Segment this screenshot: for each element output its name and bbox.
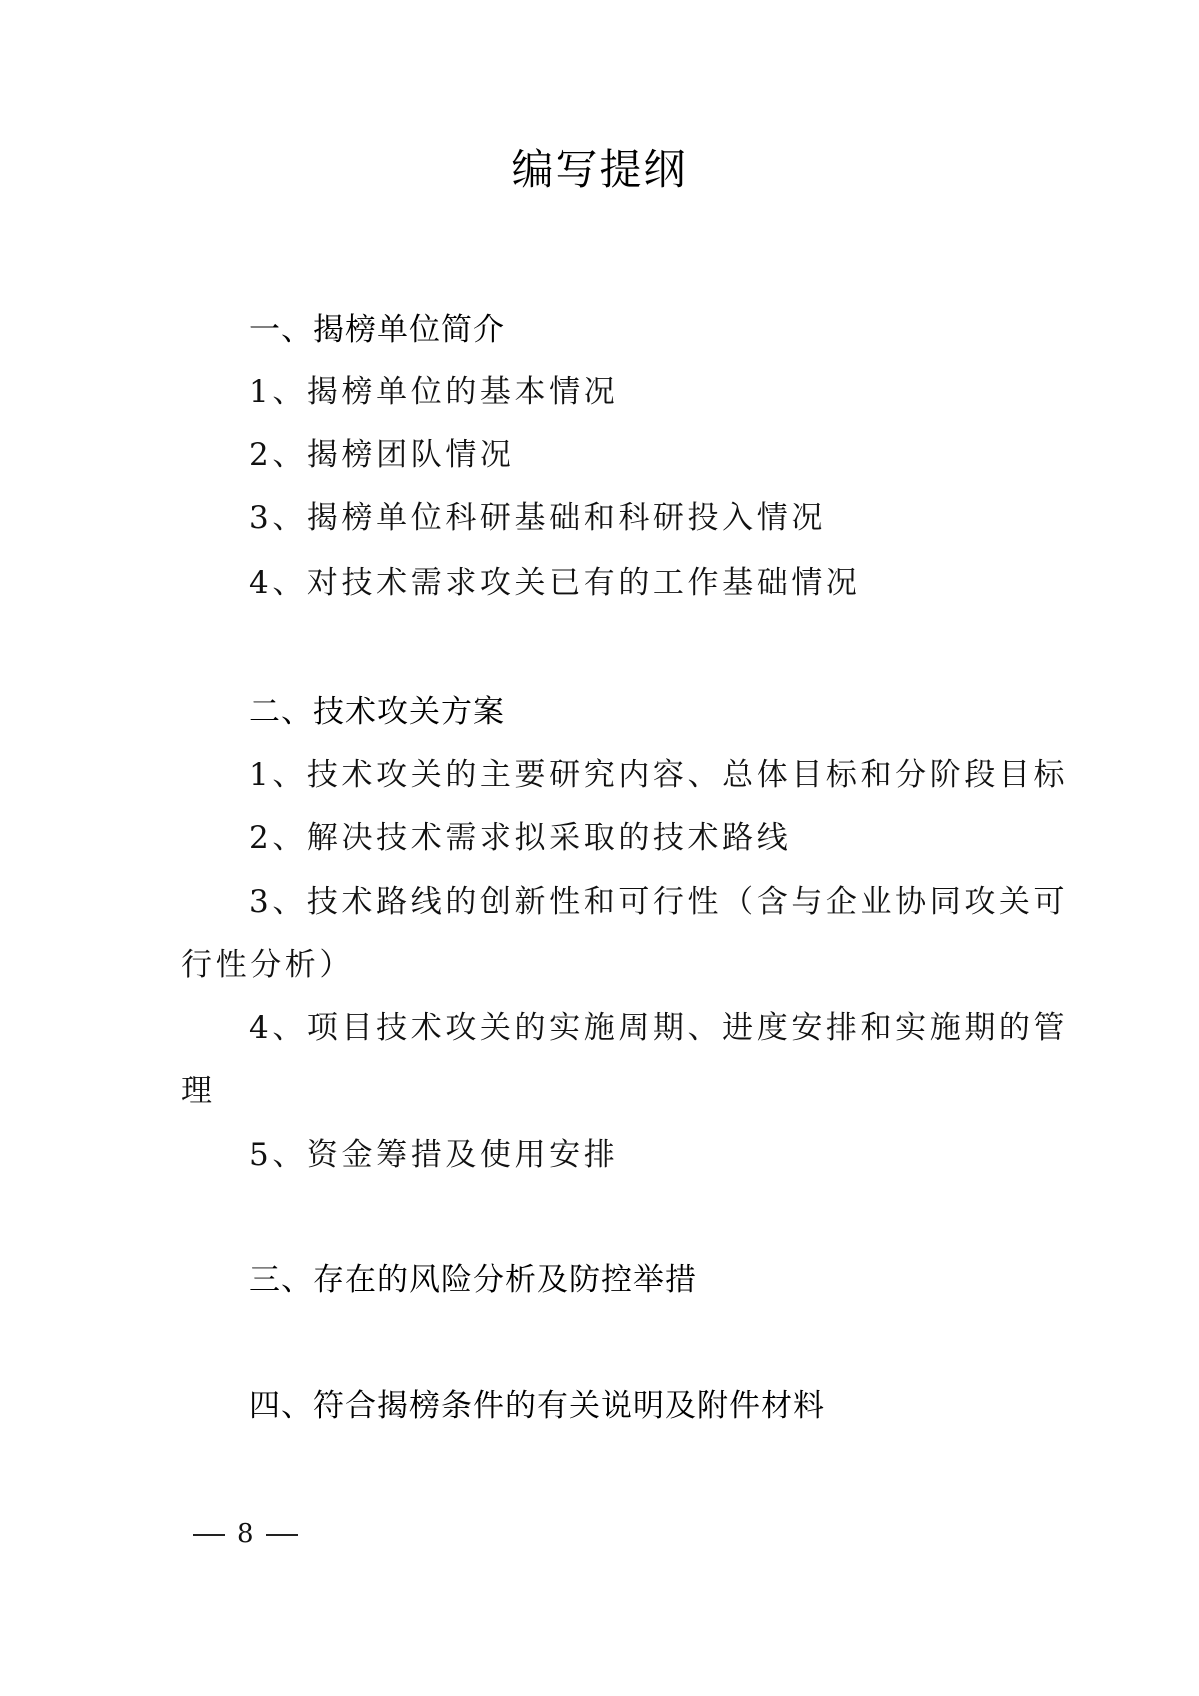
list-item: 3、揭榜单位科研基础和科研投入情况 (249, 498, 826, 538)
list-item-continuation: 行性分析） (181, 945, 354, 985)
list-item: 3、技术路线的创新性和可行性（含与企业协同攻关可 (249, 882, 1068, 922)
list-item: 4、对技术需求攻关已有的工作基础情况 (249, 563, 861, 603)
dash-left (193, 1534, 225, 1536)
section-heading-2: 二、技术攻关方案 (249, 692, 505, 732)
list-item: 2、揭榜团队情况 (249, 435, 515, 475)
list-item: 1、技术攻关的主要研究内容、总体目标和分阶段目标 (249, 755, 1068, 795)
list-item: 1、揭榜单位的基本情况 (249, 372, 618, 412)
section-heading-3: 三、存在的风险分析及防控举措 (249, 1260, 697, 1300)
list-item: 2、解决技术需求拟采取的技术路线 (249, 818, 791, 858)
list-item: 5、资金筹措及使用安排 (249, 1135, 618, 1175)
list-item: 4、项目技术攻关的实施周期、进度安排和实施期的管 (249, 1008, 1068, 1048)
page-footer: 8 (181, 1516, 310, 1552)
list-item-continuation: 理 (181, 1071, 216, 1111)
section-heading-4: 四、符合揭榜条件的有关说明及附件材料 (249, 1386, 825, 1426)
dash-right (266, 1534, 298, 1536)
document-title: 编写提纲 (0, 146, 1199, 194)
section-heading-1: 一、揭榜单位简介 (249, 310, 505, 350)
page-number: 8 (237, 1519, 254, 1549)
